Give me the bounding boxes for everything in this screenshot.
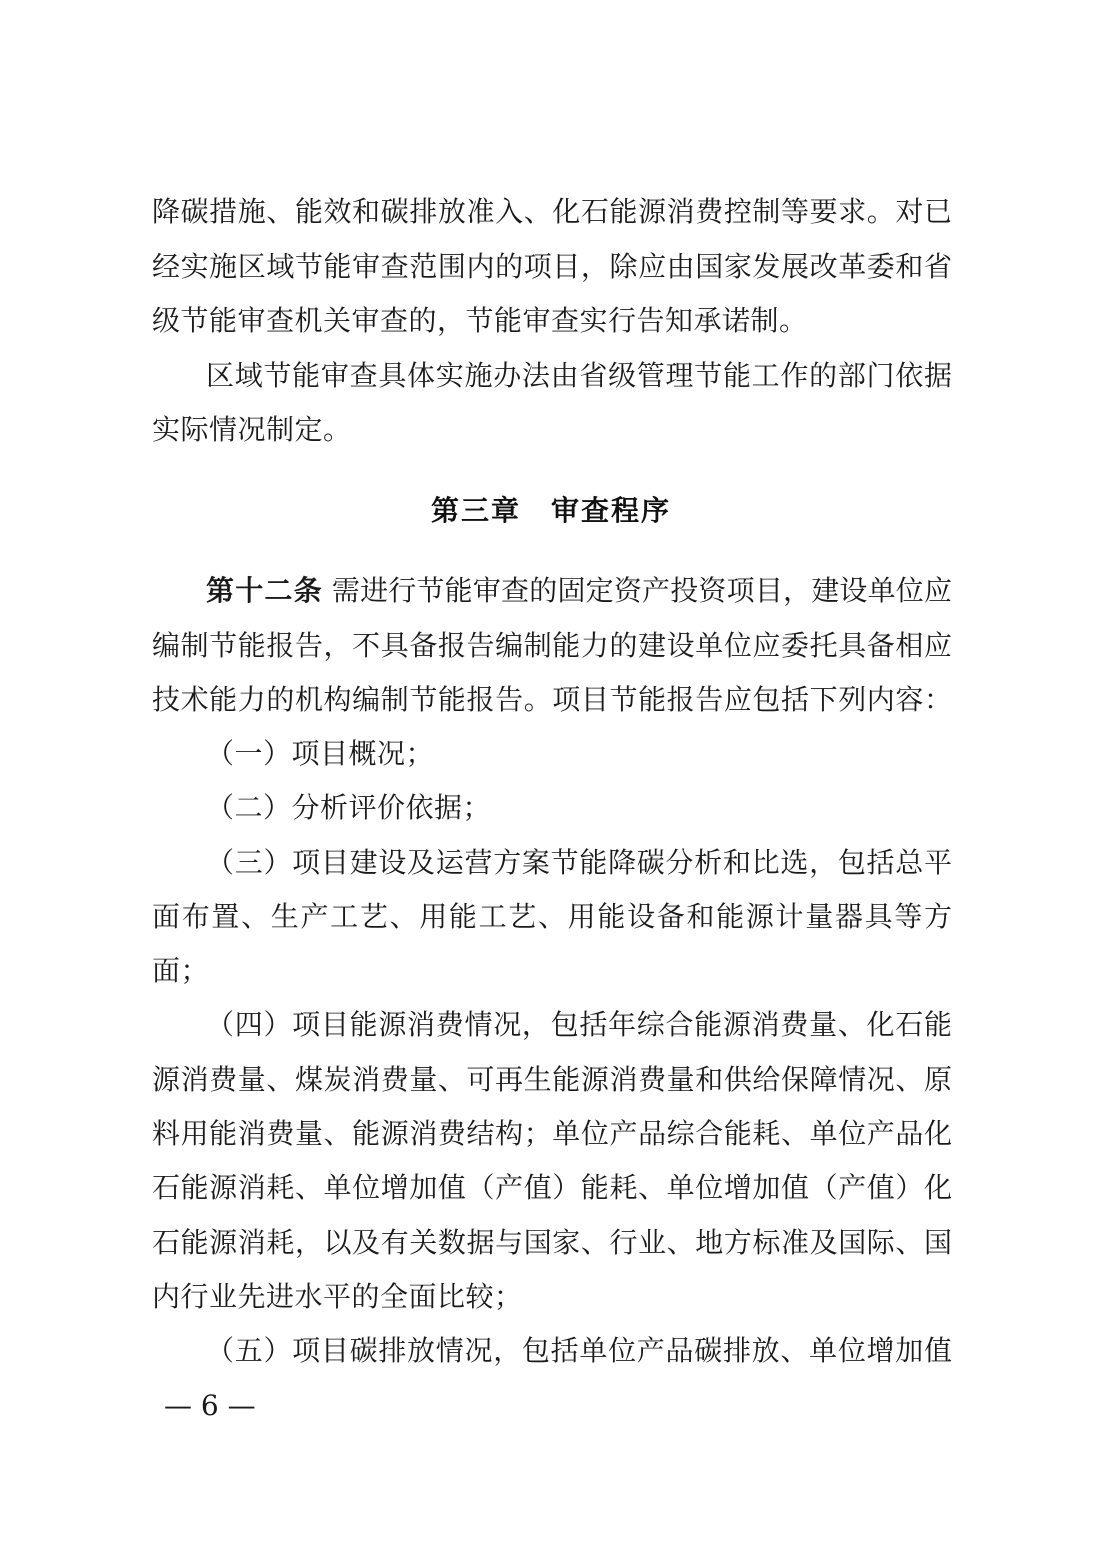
page-number: — 6 — bbox=[164, 1386, 256, 1426]
article-label: 第十二条 bbox=[206, 574, 323, 607]
chapter-heading: 第三章 审查程序 bbox=[0, 491, 1102, 531]
article-first-line: 第十二条 需进行节能审查的固定资产投资项目，建设单位应 bbox=[206, 571, 952, 611]
list-item-continuation: 源消费量、煤炭消费量、可再生能源消费量和供给保障情况、原 bbox=[152, 1060, 952, 1100]
list-item-continuation: 石能源消耗、单位增加值（产值）能耗、单位增加值（产值）化 bbox=[152, 1168, 952, 1208]
list-item-continuation: 石能源消耗，以及有关数据与国家、行业、地方标准及国际、国 bbox=[152, 1223, 952, 1263]
article-line: 编制节能报告，不具备报告编制能力的建设单位应委托具备相应 bbox=[152, 626, 952, 666]
list-item-continuation: 面； bbox=[152, 951, 952, 991]
paragraph-line: 区域节能审查具体实施办法由省级管理节能工作的部门依据 bbox=[206, 356, 952, 396]
paragraph-line: 经实施区域节能审查范围内的项目，除应由国家发展改革委和省 bbox=[152, 247, 952, 287]
article-line: 技术能力的机构编制节能报告。项目节能报告应包括下列内容： bbox=[152, 680, 952, 720]
document-page: 降碳措施、能效和碳排放准入、化石能源消费控制等要求。对已 经实施区域节能审查范围… bbox=[0, 0, 1102, 1559]
list-item-continuation: 料用能消费量、能源消费结构；单位产品综合能耗、单位产品化 bbox=[152, 1114, 952, 1154]
list-item: （二）分析评价依据； bbox=[206, 788, 952, 828]
list-item: （五）项目碳排放情况，包括单位产品碳排放、单位增加值 bbox=[206, 1331, 952, 1371]
article-text: 需进行节能审查的固定资产投资项目，建设单位应 bbox=[332, 574, 952, 607]
list-item: （三）项目建设及运营方案节能降碳分析和比选，包括总平 bbox=[206, 843, 952, 883]
list-item-continuation: 面布置、生产工艺、用能工艺、用能设备和能源计量器具等方 bbox=[152, 897, 952, 937]
paragraph-line: 实际情况制定。 bbox=[152, 410, 952, 450]
list-item-continuation: 内行业先进水平的全面比较； bbox=[152, 1277, 952, 1317]
paragraph-line: 降碳措施、能效和碳排放准入、化石能源消费控制等要求。对已 bbox=[152, 192, 952, 232]
list-item: （四）项目能源消费情况，包括年综合能源消费量、化石能 bbox=[206, 1005, 952, 1045]
list-item: （一）项目概况； bbox=[206, 734, 952, 774]
paragraph-line: 级节能审查机关审查的，节能审查实行告知承诺制。 bbox=[152, 301, 952, 341]
